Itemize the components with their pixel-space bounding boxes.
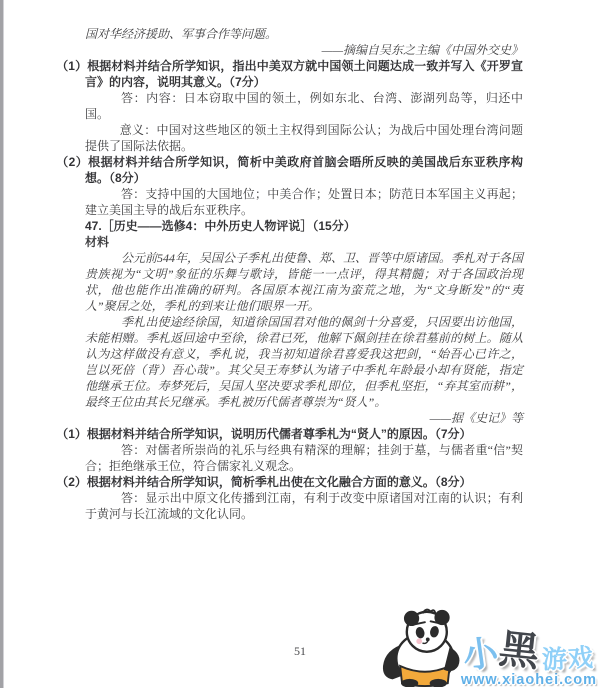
brand-url: www.xiaohei.com [461, 673, 597, 688]
question-46-sub2: （2）根据材料并结合所学知识，简析中美政府首脑会晤所反映的美国战后东亚秩序构想。… [85, 154, 523, 186]
answer-47-sub2: 答：显示出中原文化传播到江南，有利于改变中原诸国对江南的认识；有利于黄河与长江流… [85, 490, 523, 522]
answer-46-sub1-content: 答：内容：日本窃取中国的领土，例如东北、台湾、澎湖列岛等，归还中国。 [85, 90, 523, 122]
brand-char-xiao: 小 [461, 634, 501, 674]
question-47-sub2: （2）根据材料并结合所学知识，简析季札出使在文化融合方面的意义。（8分） [85, 474, 523, 490]
brand-name: 小 黑 游戏 [463, 631, 594, 672]
material-paragraph-1: 公元前544年，吴国公子季札出使鲁、郑、卫、晋等中原诸国。季札对于各国贵族视为“… [85, 250, 523, 314]
answer-46-sub1-meaning: 意义：中国对这些地区的领土主权得到国际公认；为战后中国处理台湾问题提供了国际法依… [85, 122, 523, 154]
previous-paragraph-tail: 国对华经济援助、军事合作等问题。 [85, 26, 523, 42]
panda-mascot-icon [377, 607, 469, 687]
brand-text-block: 小 黑 游戏 www.xiaohei.com [461, 631, 597, 688]
question-46-sub1: （1）根据材料并结合所学知识，指出中美双方就中国领土问题达成一致并写入《开罗宣言… [85, 58, 523, 90]
material-label: 材料 [85, 234, 523, 250]
answer-46-sub2: 答：支持中国的大国地位；中美合作；处置日本；防范日本军国主义再起；建立美国主导的… [85, 186, 523, 218]
material-paragraph-2: 季札出使途经徐国，知道徐国国君对他的佩剑十分喜爱，只因要出访他国，未能相赠。季札… [85, 314, 523, 410]
question-47-header: 47.［历史——选修4：中外历史人物评说］（15分） [85, 218, 523, 234]
exam-page-content: 国对华经济援助、军事合作等问题。 ——摘编自吴东之主编《中国外交史》 （1）根据… [85, 26, 523, 522]
xiaohei-watermark-logo[interactable]: 小 黑 游戏 www.xiaohei.com [377, 607, 597, 687]
brand-chars-youxi: 游戏 [542, 645, 595, 673]
material-source-citation-1: ——摘编自吴东之主编《中国外交史》 [85, 42, 523, 58]
question-47-sub1: （1）根据材料并结合所学知识，说明历代儒者尊季札为“贤人”的原因。（7分） [85, 426, 523, 442]
page-left-edge-line [0, 0, 4, 688]
brand-char-hei: 黑 [497, 629, 541, 673]
material-source-citation-2: ——据《史记》等 [85, 410, 523, 426]
answer-47-sub1: 答：对儒者所崇尚的礼乐与经典有精深的理解；挂剑于墓，与儒者重“信”契合；拒绝继承… [85, 442, 523, 474]
